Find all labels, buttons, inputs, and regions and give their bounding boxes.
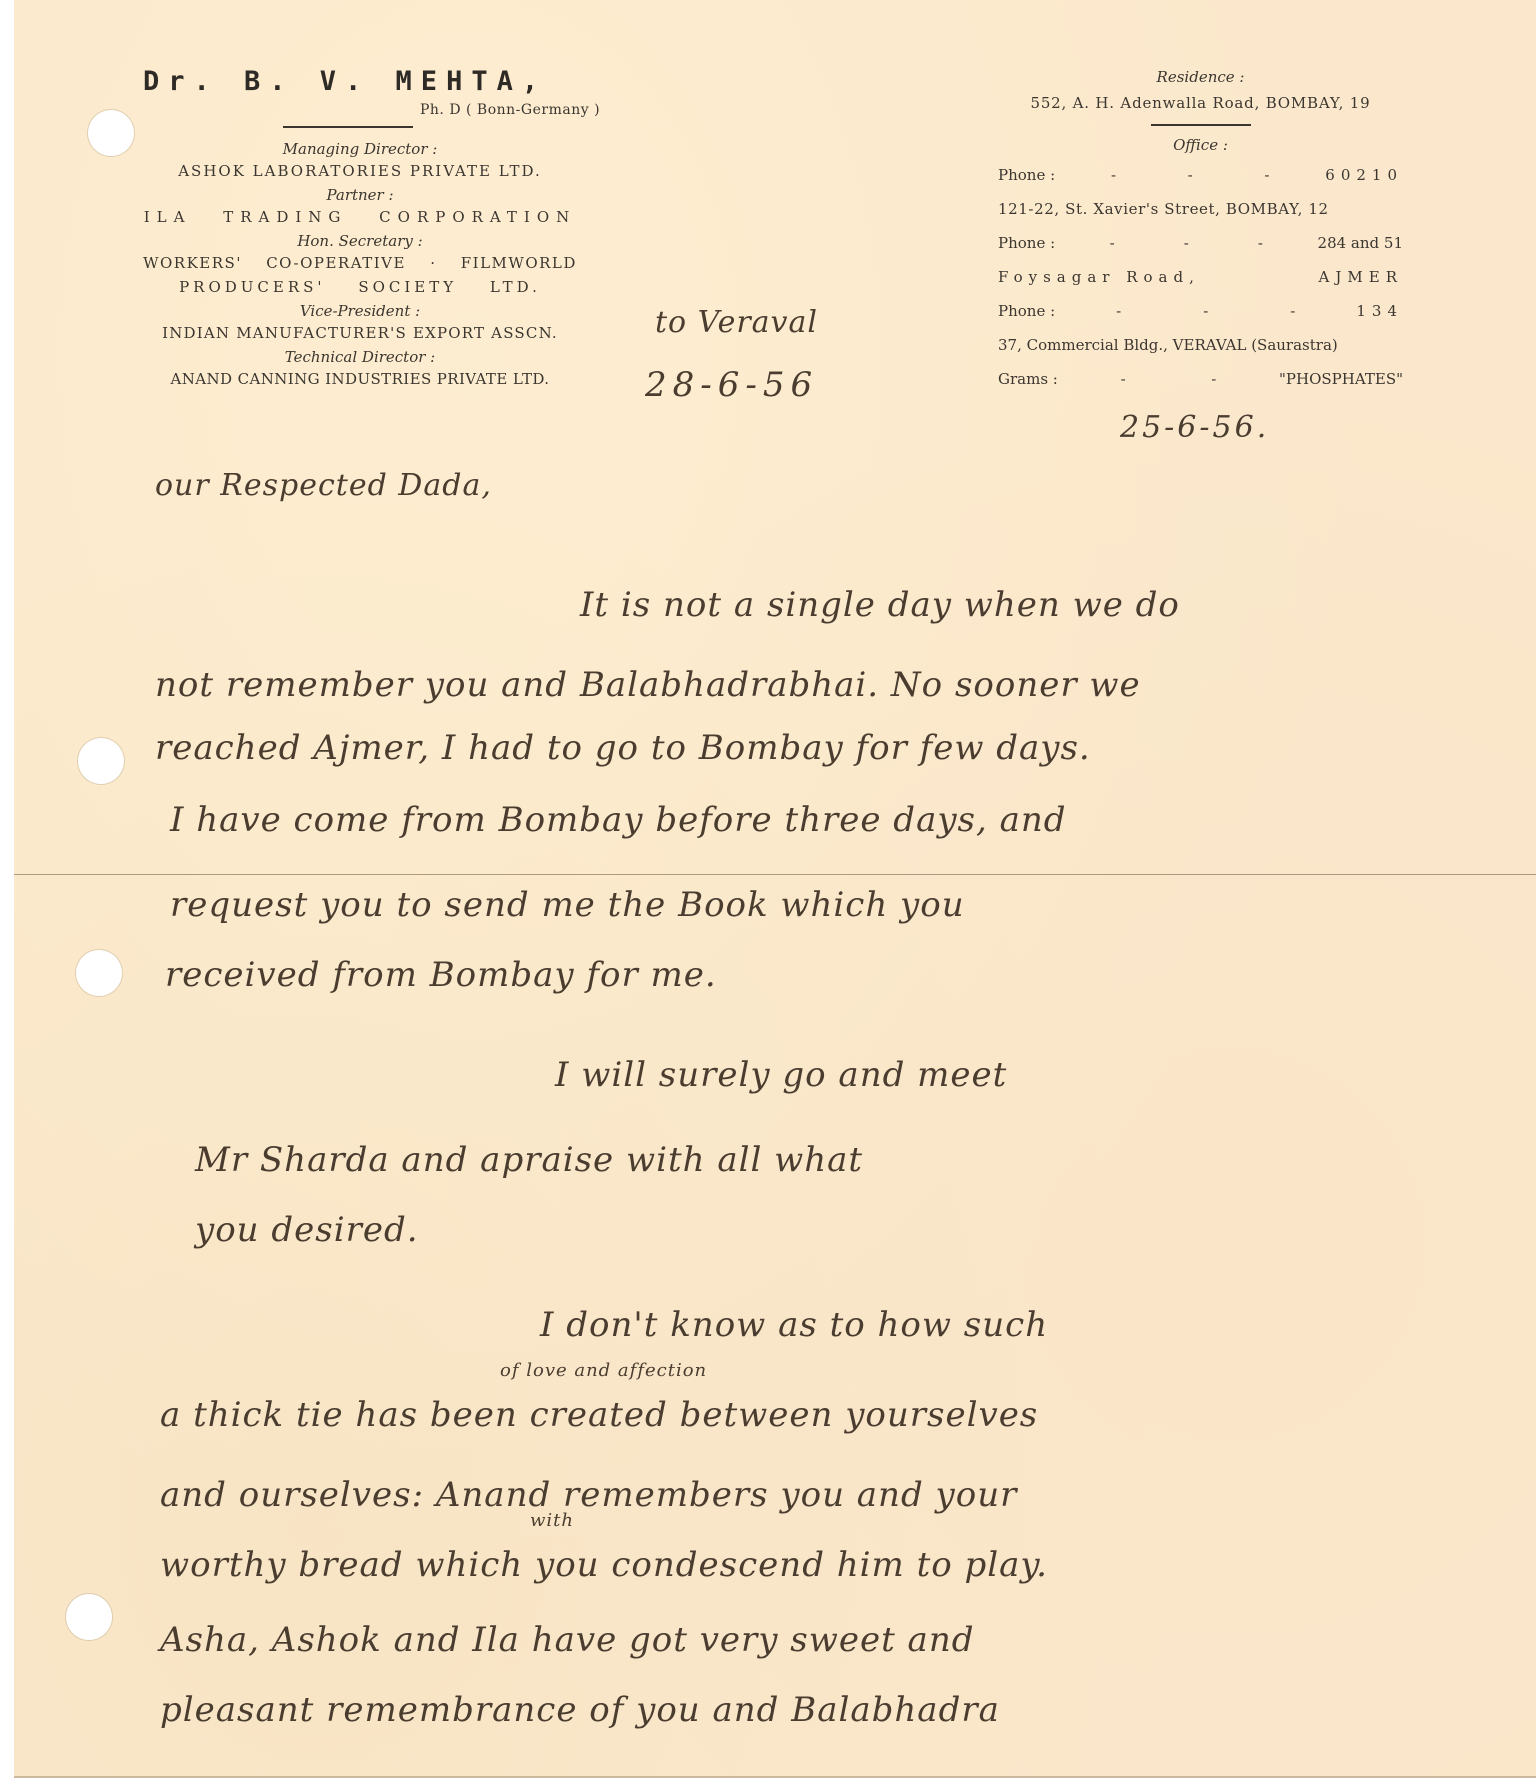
letterhead-degree: Ph. D ( Bonn-Germany ) bbox=[420, 102, 600, 118]
office-row: Phone : --- 134 bbox=[998, 294, 1403, 328]
position-role: Technical Director : bbox=[140, 346, 580, 368]
office-row-label: Phone : bbox=[998, 158, 1055, 192]
dash-leader: --- bbox=[1055, 158, 1325, 192]
office-row-label: Grams : bbox=[998, 362, 1058, 396]
office-row-value: 134 bbox=[1356, 294, 1403, 328]
office-row: 37, Commercial Bldg., VERAVAL (Saurastra… bbox=[998, 328, 1403, 362]
body-line: It is not a single day when we do bbox=[580, 585, 1180, 625]
office-row-value: AJMER bbox=[1319, 260, 1403, 294]
office-row: 121-22, St. Xavier's Street, BOMBAY, 12 bbox=[998, 192, 1403, 226]
punch-hole bbox=[88, 110, 134, 156]
insertion-love-affection: of love and affection bbox=[500, 1360, 707, 1381]
office-row-label: Phone : bbox=[998, 226, 1055, 260]
dash-leader: -- bbox=[1058, 362, 1279, 396]
body-line: you desired. bbox=[195, 1210, 419, 1250]
body-line: I will surely go and meet bbox=[555, 1055, 1007, 1095]
position-role: Vice-President : bbox=[140, 300, 580, 322]
salutation: our Respected Dada, bbox=[155, 468, 492, 503]
dash-leader: --- bbox=[1055, 294, 1356, 328]
position-org: ILA TRADING CORPORATION bbox=[140, 206, 580, 230]
position-org: ANAND CANNING INDUSTRIES PRIVATE LTD. bbox=[140, 368, 580, 392]
body-line: not remember you and Balabhadrabhai. No … bbox=[155, 665, 1141, 705]
residence-address: 552, A. H. Adenwalla Road, BOMBAY, 19 bbox=[998, 94, 1403, 124]
office-row-label: 37, Commercial Bldg., VERAVAL (Saurastra… bbox=[998, 328, 1338, 362]
contact-block: Residence : 552, A. H. Adenwalla Road, B… bbox=[998, 68, 1403, 396]
office-row: Phone : --- 284 and 51 bbox=[998, 226, 1403, 260]
letterhead-name: Dr. B. V. MEHTA, bbox=[143, 66, 547, 97]
office-row: Grams : -- "PHOSPHATES" bbox=[998, 362, 1403, 396]
office-row-label: Foysagar Road, bbox=[998, 260, 1200, 294]
office-row-value: 60210 bbox=[1325, 158, 1403, 192]
punch-hole bbox=[66, 1594, 112, 1640]
office-label: Office : bbox=[998, 136, 1403, 158]
body-line: Mr Sharda and apraise with all what bbox=[195, 1140, 863, 1180]
annotation-date: 28-6-56 bbox=[645, 365, 818, 405]
office-row-value: "PHOSPHATES" bbox=[1279, 362, 1403, 396]
body-line: worthy bread which you condescend him to… bbox=[160, 1545, 1048, 1585]
body-line: I have come from Bombay before three day… bbox=[170, 800, 1067, 840]
header-rule bbox=[283, 126, 413, 128]
letter-date: 25-6-56. bbox=[1120, 410, 1269, 445]
dash-leader: --- bbox=[1055, 226, 1317, 260]
body-line: and ourselves: Anand remembers you and y… bbox=[160, 1475, 1017, 1515]
body-line: Asha, Ashok and Ila have got very sweet … bbox=[160, 1620, 975, 1660]
position-org: PRODUCERS' SOCIETY LTD. bbox=[140, 276, 580, 300]
body-line: received from Bombay for me. bbox=[165, 955, 717, 995]
annotation-destination: to Veraval bbox=[655, 305, 818, 340]
punch-hole bbox=[78, 738, 124, 784]
body-line: reached Ajmer, I had to go to Bombay for… bbox=[155, 728, 1091, 768]
position-role: Hon. Secretary : bbox=[140, 230, 580, 252]
position-org: WORKERS' CO-OPERATIVE · FILMWORLD bbox=[140, 252, 580, 276]
position-role: Partner : bbox=[140, 184, 580, 206]
position-role: Managing Director : bbox=[140, 138, 580, 160]
body-line: pleasant remembrance of you and Balabhad… bbox=[160, 1690, 1000, 1730]
office-row-value: 284 and 51 bbox=[1318, 226, 1403, 260]
positions-list: Managing Director : ASHOK LABORATORIES P… bbox=[140, 138, 580, 392]
office-row-label: 121-22, St. Xavier's Street, BOMBAY, 12 bbox=[998, 192, 1329, 226]
body-line: request you to send me the Book which yo… bbox=[170, 885, 965, 925]
fold-crease bbox=[14, 874, 1536, 875]
office-row: Foysagar Road, AJMER bbox=[998, 260, 1403, 294]
office-row: Phone : --- 60210 bbox=[998, 158, 1403, 192]
insertion-with: with bbox=[530, 1510, 574, 1531]
residence-label: Residence : bbox=[998, 68, 1403, 94]
body-line: I don't know as to how such bbox=[540, 1305, 1048, 1345]
contact-rule bbox=[1151, 124, 1251, 126]
position-org: INDIAN MANUFACTURER'S EXPORT ASSCN. bbox=[140, 322, 580, 346]
body-line: a thick tie has been created between you… bbox=[160, 1395, 1038, 1435]
position-org: ASHOK LABORATORIES PRIVATE LTD. bbox=[140, 160, 580, 184]
punch-hole bbox=[76, 950, 122, 996]
office-row-label: Phone : bbox=[998, 294, 1055, 328]
